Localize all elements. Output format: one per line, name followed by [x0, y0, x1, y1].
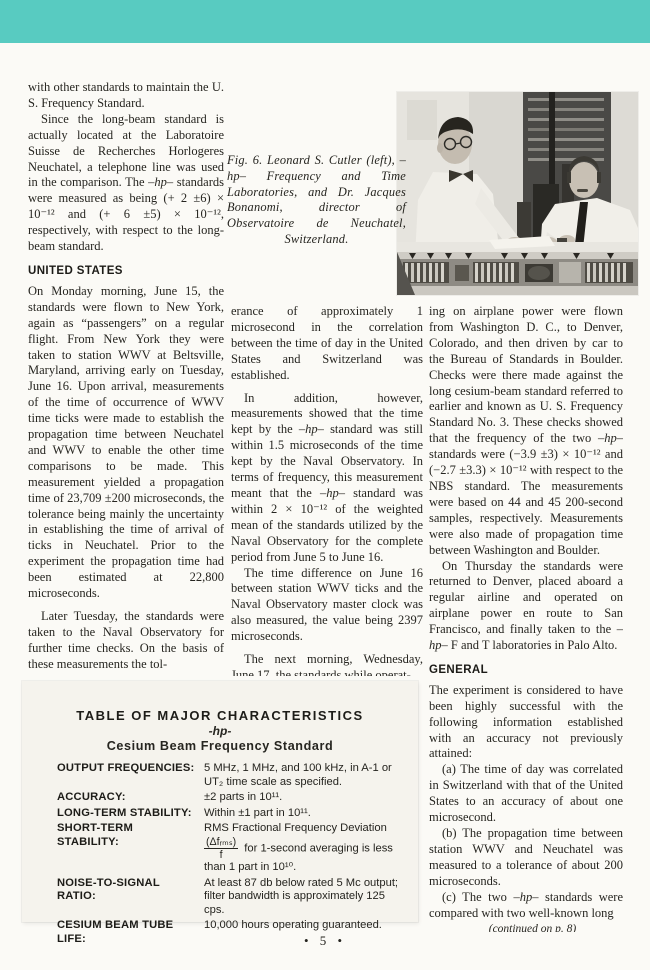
table-subtitle-hp: -hp- [22, 724, 418, 738]
paragraph: ing on airplane power were flown from Wa… [429, 304, 623, 559]
paragraph: The next morning, Wednesday, June 17, th… [231, 652, 423, 676]
fraction-denominator: f [204, 849, 238, 861]
journal-page: Fig. 6. Leonard S. Cutler (left), –hp– F… [0, 0, 650, 970]
row-value: 5 MHz, 1 MHz, and 100 kHz, in A-1 or UT₂… [204, 762, 404, 789]
text-column-2: erance of approximately 1 microsecond in… [231, 304, 423, 676]
row-value: Within ±1 part in 10¹¹. [204, 807, 404, 821]
continued-note: (continued on p. 8) [429, 922, 623, 932]
figure-6-photo [397, 92, 638, 295]
page-number: • 5 • [0, 933, 650, 949]
table-title: TABLE OF MAJOR CHARACTERISTICS [22, 708, 418, 723]
row-label: NOISE-TO-SIGNAL RATIO: [57, 877, 197, 918]
row-value: RMS Fractional Frequency Deviation (Δfᵣₘ… [204, 822, 404, 874]
row-label: ACCURACY: [57, 791, 197, 805]
section-heading-united-states: UNITED STATES [28, 264, 224, 280]
table-row: SHORT-TERM STABILITY: RMS Fractional Fre… [22, 822, 418, 874]
fraction: (Δfᵣₘₛ)f [204, 836, 238, 861]
photo-illustration [397, 92, 638, 295]
paragraph: On Monday morning, June 15, the standard… [28, 284, 224, 602]
paragraph: On Thursday the standards were returned … [429, 559, 623, 654]
text-column-3: ing on airplane power were flown from Wa… [429, 304, 623, 932]
paragraph: In addition, however, measurements showe… [231, 391, 423, 566]
paragraph: (b) The propagation time between station… [429, 826, 623, 890]
figure-6-caption: Fig. 6. Leonard S. Cutler (left), –hp– F… [227, 153, 406, 248]
paragraph: with other standards to maintain the U. … [28, 80, 224, 112]
row-label: SHORT-TERM STABILITY: [57, 822, 197, 874]
row-value: At least 87 db below rated 5 Mc output; … [204, 877, 404, 918]
paragraph: The time difference on June 16 between s… [231, 566, 423, 646]
paragraph: erance of approximately 1 microsecond in… [231, 304, 423, 384]
table-row: LONG-TERM STABILITY: Within ±1 part in 1… [22, 807, 418, 821]
table-subtitle: Cesium Beam Frequency Standard [22, 739, 418, 753]
paragraph: Since the long-beam standard is actually… [28, 112, 224, 255]
characteristics-table: TABLE OF MAJOR CHARACTERISTICS -hp- Cesi… [22, 681, 418, 922]
value-text: RMS Fractional Frequency Deviation [204, 822, 387, 834]
row-label: LONG-TERM STABILITY: [57, 807, 197, 821]
masthead-color-band [0, 0, 650, 43]
paragraph: (a) The time of day was correlated in Sw… [429, 762, 623, 826]
row-label: OUTPUT FREQUENCIES: [57, 762, 197, 789]
table-row: ACCURACY: ±2 parts in 10¹¹. [22, 791, 418, 805]
paragraph: Later Tuesday, the standards were taken … [28, 609, 224, 673]
paragraph: The experiment is considered to have bee… [429, 683, 623, 763]
table-row: NOISE-TO-SIGNAL RATIO: At least 87 db be… [22, 877, 418, 918]
section-heading-general: GENERAL [429, 663, 623, 679]
table-row: OUTPUT FREQUENCIES: 5 MHz, 1 MHz, and 10… [22, 762, 418, 789]
chassis-components [403, 262, 633, 283]
text-column-1: with other standards to maintain the U. … [28, 80, 224, 680]
paragraph: (c) The two –hp– standards were compared… [429, 890, 623, 922]
row-value: ±2 parts in 10¹¹. [204, 791, 404, 805]
fraction-numerator: (Δfᵣₘₛ) [204, 836, 238, 849]
